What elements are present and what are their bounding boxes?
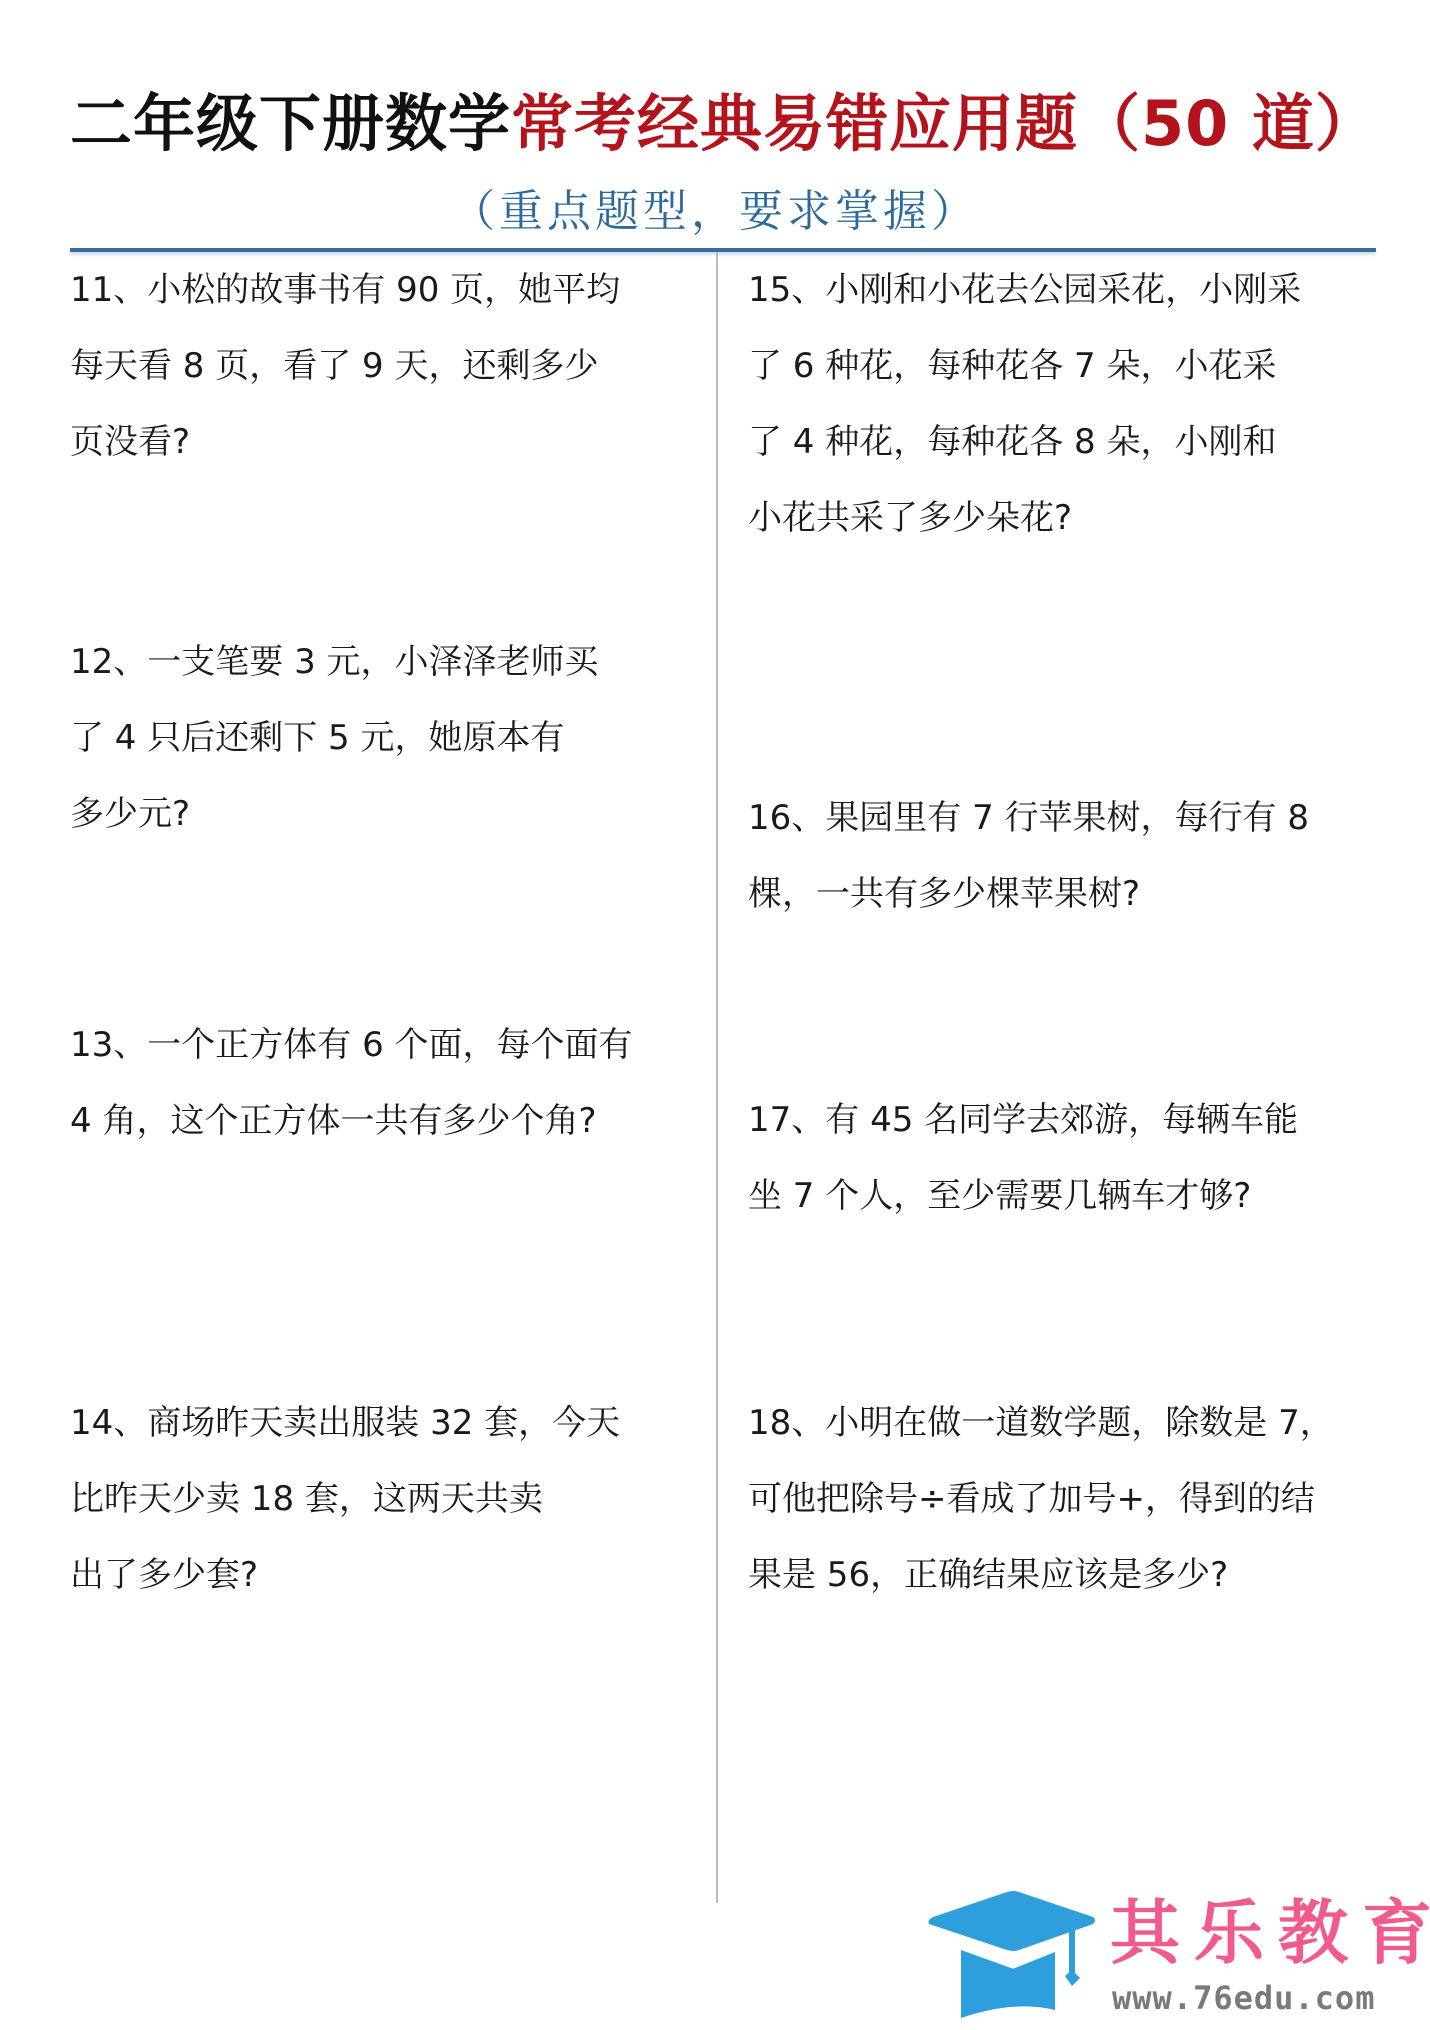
brand-url: www.76edu.com: [1112, 1978, 1375, 2018]
question-14: 14、商场昨天卖出服装 32 套，今天 比昨天少卖 18 套，这两天共卖 出了多…: [70, 1385, 710, 1613]
graduation-cap-icon: [925, 1890, 1100, 2025]
question-13: 13、一个正方体有 6 个面，每个面有 4 角，这个正方体一共有多少个角?: [70, 1007, 710, 1159]
question-line: 出了多少套?: [70, 1537, 710, 1613]
question-line: 坐 7 个人，至少需要几辆车才够?: [748, 1158, 1388, 1234]
question-18: 18、小明在做一道数学题，除数是 7， 可他把除号÷看成了加号+，得到的结 果是…: [748, 1385, 1388, 1613]
question-line: 16、果园里有 7 行苹果树，每行有 8: [748, 780, 1388, 856]
question-line: 每天看 8 页，看了 9 天，还剩多少: [70, 328, 710, 404]
question-line: 了 4 种花，每种花各 8 朵，小刚和: [748, 404, 1388, 480]
question-12: 12、一支笔要 3 元，小泽泽老师买 了 4 只后还剩下 5 元，她原本有 多少…: [70, 624, 710, 852]
question-17: 17、有 45 名同学去郊游，每辆车能 坐 7 个人，至少需要几辆车才够?: [748, 1082, 1388, 1234]
question-line: 页没看?: [70, 404, 710, 480]
title-red-part: 常考经典易错应用题（50 道）: [511, 87, 1378, 160]
question-line: 可他把除号÷看成了加号+，得到的结: [748, 1461, 1388, 1537]
brand-logo: 其乐教育 www.76edu.com: [925, 1890, 1425, 2025]
question-line: 多少元?: [70, 776, 710, 852]
page-subtitle: （重点题型，要求掌握）: [0, 184, 1430, 240]
page-title: 二年级下册数学常考经典易错应用题（50 道）: [70, 88, 1370, 160]
question-15: 15、小刚和小花去公园采花，小刚采 了 6 种花，每种花各 7 朵，小花采 了 …: [748, 252, 1388, 556]
question-line: 4 角，这个正方体一共有多少个角?: [70, 1083, 710, 1159]
question-line: 了 6 种花，每种花各 7 朵，小花采: [748, 328, 1388, 404]
question-line: 13、一个正方体有 6 个面，每个面有: [70, 1007, 710, 1083]
question-line: 果是 56，正确结果应该是多少?: [748, 1537, 1388, 1613]
question-line: 17、有 45 名同学去郊游，每辆车能: [748, 1082, 1388, 1158]
question-line: 18、小明在做一道数学题，除数是 7，: [748, 1385, 1388, 1461]
question-line: 棵，一共有多少棵苹果树?: [748, 856, 1388, 932]
question-line: 12、一支笔要 3 元，小泽泽老师买: [70, 624, 710, 700]
column-divider: [716, 252, 718, 1903]
question-line: 小花共采了多少朵花?: [748, 480, 1388, 556]
question-line: 14、商场昨天卖出服装 32 套，今天: [70, 1385, 710, 1461]
title-black-part: 二年级下册数学: [70, 87, 511, 160]
question-line: 了 4 只后还剩下 5 元，她原本有: [70, 700, 710, 776]
question-line: 比昨天少卖 18 套，这两天共卖: [70, 1461, 710, 1537]
question-11: 11、小松的故事书有 90 页，她平均 每天看 8 页，看了 9 天，还剩多少 …: [70, 252, 710, 480]
question-16: 16、果园里有 7 行苹果树，每行有 8 棵，一共有多少棵苹果树?: [748, 780, 1388, 932]
brand-name: 其乐教育: [1110, 1892, 1430, 1974]
question-line: 11、小松的故事书有 90 页，她平均: [70, 252, 710, 328]
question-line: 15、小刚和小花去公园采花，小刚采: [748, 252, 1388, 328]
